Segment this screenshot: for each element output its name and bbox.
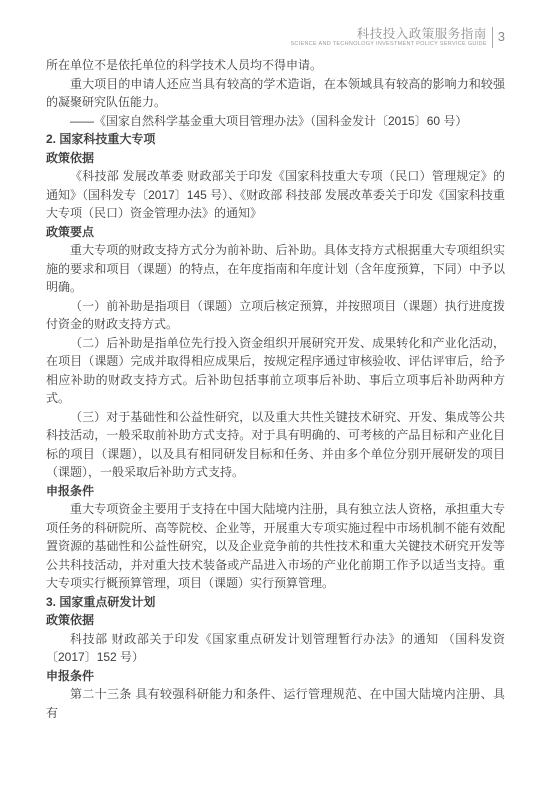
section-3-heading: 3. 国家重点研发计划 [46,593,505,612]
header-titles: 科技投入政策服务指南 SCIENCE AND TECHNOLOGY INVEST… [290,27,486,48]
page-number: 3 [498,30,505,44]
section-2-heading: 2. 国家科技重大专项 [46,130,505,149]
section-2-application-text: 重大专项资金主要用于支持在中国大陆境内注册，具有独立法人资格，承担重大专项任务的… [46,500,505,593]
section-3-policy-basis-text: 科技部 财政部关于印发《国家重点研发计划管理暂行办法》的通知 （国科发资〔201… [46,630,505,667]
page-header: 科技投入政策服务指南 SCIENCE AND TECHNOLOGY INVEST… [0,0,536,49]
section-2-policy-point-4: （三）对于基础性和公益性研究，以及重大共性关键技术研究、开发、集成等公共科技活动… [46,408,505,482]
intro-source-citation: ——《国家自然科学基金重大项目管理办法》（国科金发计〔2015〕60 号） [46,112,505,131]
guide-subtitle: SCIENCE AND TECHNOLOGY INVESTMENT POLICY… [290,41,486,48]
document-page: 科技投入政策服务指南 SCIENCE AND TECHNOLOGY INVEST… [0,0,536,793]
section-2-policy-basis-text: 《科技部 发展改革委 财政部关于印发《国家科技重大专项（民口）管理规定》的通知》… [46,167,505,223]
intro-paragraph: 重大项目的申请人还应当具有较高的学术造诣，在本领域具有较高的影响力和较强的凝聚研… [46,75,505,112]
page-content: 所在单位不是依托单位的科学技术人员均不得申请。 重大项目的申请人还应当具有较高的… [0,49,536,722]
section-2-application-label: 申报条件 [46,482,505,501]
section-2-policy-basis-label: 政策依据 [46,149,505,168]
section-2-policy-point-3: （二）后补助是指单位先行投入资金组织开展研究开发、成果转化和产业化活动，在项目（… [46,334,505,408]
section-3-policy-basis-label: 政策依据 [46,611,505,630]
section-2-policy-points-label: 政策要点 [46,223,505,242]
section-2-policy-point-1: 重大专项的财政支持方式分为前补助、后补助。具体支持方式根据重大专项组织实施的要求… [46,241,505,297]
header-divider [492,27,493,48]
section-2-policy-point-2: （一）前补助是指项目（课题）立项后核定预算，并按照项目（课题）执行进度拨付资金的… [46,297,505,334]
guide-title: 科技投入政策服务指南 [290,27,486,41]
section-3-application-label: 申报条件 [46,667,505,686]
section-3-application-text: 第二十三条 具有较强科研能力和条件、运行管理规范、在中国大陆境内注册、具有 [46,685,505,722]
intro-continuation-line: 所在单位不是依托单位的科学技术人员均不得申请。 [46,56,505,75]
